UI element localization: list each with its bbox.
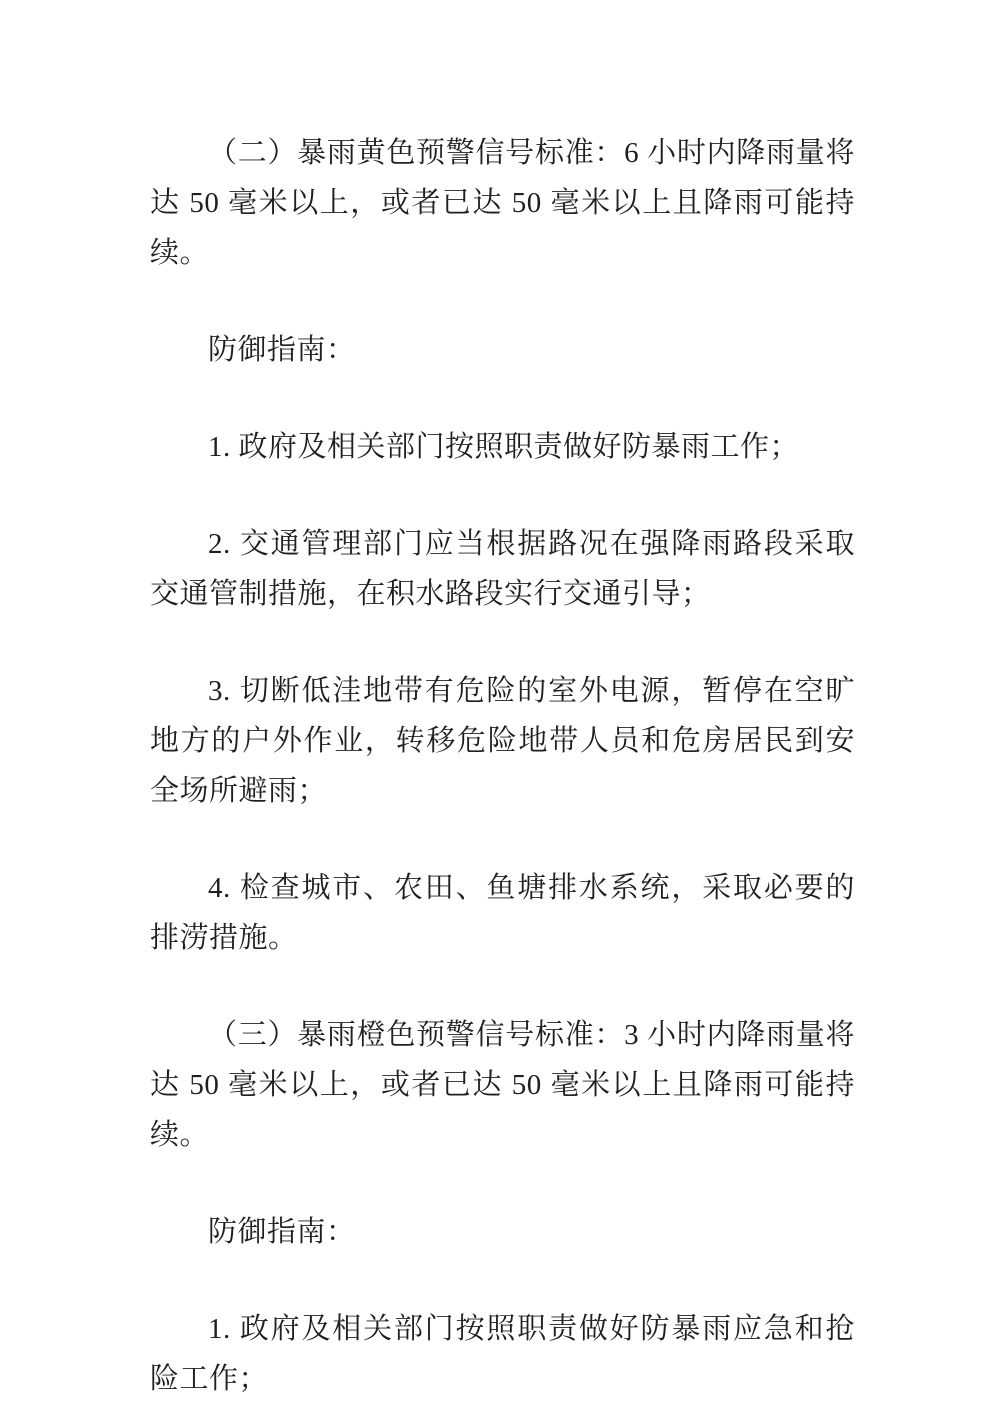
paragraph-yellow-item-4: 4. 检查城市、农田、鱼塘排水系统，采取必要的排涝措施。: [150, 863, 855, 963]
paragraph-defense-guide-heading-2: 防御指南：: [150, 1207, 855, 1257]
paragraph-orange-item-1: 1. 政府及相关部门按照职责做好防暴雨应急和抢险工作；: [150, 1304, 855, 1404]
document-page: （二）暴雨黄色预警信号标准：6 小时内降雨量将达 50 毫米以上，或者已达 50…: [0, 0, 1000, 1414]
paragraph-yellow-item-1: 1. 政府及相关部门按照职责做好防暴雨工作；: [150, 422, 855, 472]
paragraph-yellow-item-2: 2. 交通管理部门应当根据路况在强降雨路段采取交通管制措施，在积水路段实行交通引…: [150, 519, 855, 619]
paragraph-yellow-item-3: 3. 切断低洼地带有危险的室外电源，暂停在空旷地方的户外作业，转移危险地带人员和…: [150, 666, 855, 816]
paragraph-defense-guide-heading-1: 防御指南：: [150, 325, 855, 375]
paragraph-standard-yellow: （二）暴雨黄色预警信号标准：6 小时内降雨量将达 50 毫米以上，或者已达 50…: [150, 128, 855, 278]
document-body: （二）暴雨黄色预警信号标准：6 小时内降雨量将达 50 毫米以上，或者已达 50…: [0, 0, 1000, 1404]
paragraph-standard-orange: （三）暴雨橙色预警信号标准：3 小时内降雨量将达 50 毫米以上，或者已达 50…: [150, 1010, 855, 1160]
